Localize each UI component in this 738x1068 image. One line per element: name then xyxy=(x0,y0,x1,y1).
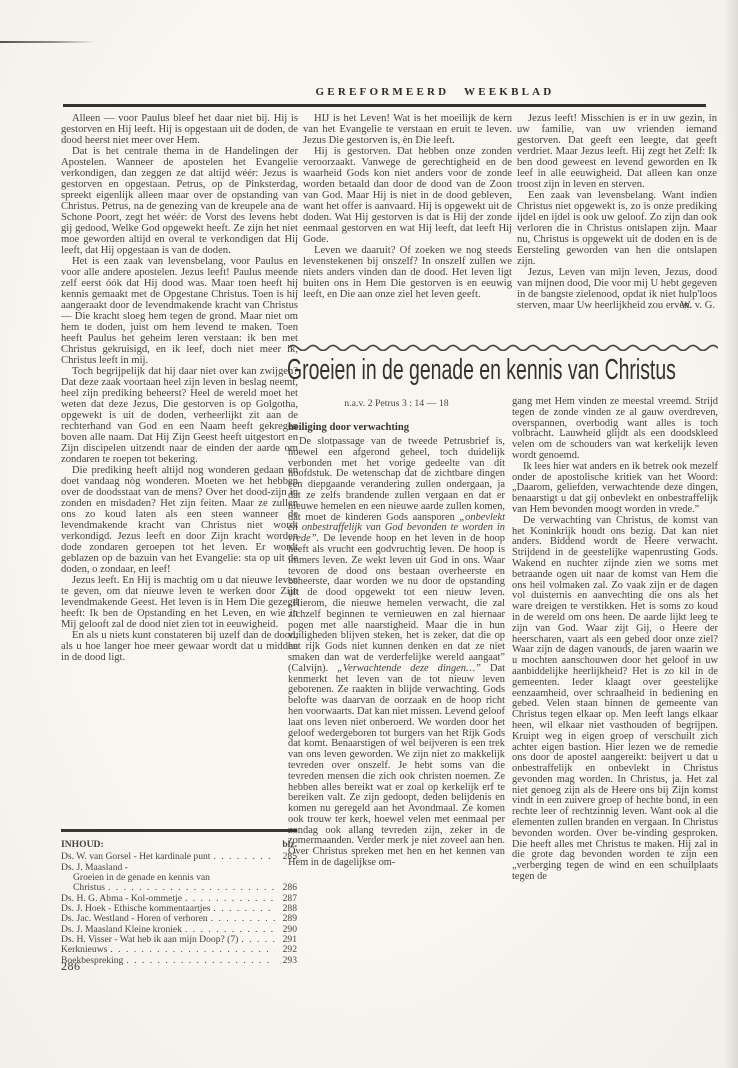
top-article-column-1: Alleen — voor Paulus bleef het daar niet… xyxy=(61,113,298,663)
toc-dots: . . . . . . . . . . . . . . . . . . . . … xyxy=(238,935,275,945)
toc-dots: . . . . . . . . . . . . . . . . . . . . … xyxy=(107,945,275,955)
paragraph: Leven we daaruit? Of zoeken we nog steed… xyxy=(303,245,512,300)
paragraph: Ik lees hier wat anders en ik betrek ook… xyxy=(512,462,718,516)
page-number: 286 xyxy=(61,959,81,974)
masthead-title: GEREFORMEERD WEEKBLAD xyxy=(135,86,735,98)
text-segment: De slotpassage van de tweede Petrusbrief… xyxy=(288,436,505,523)
paragraph: En als u niets kunt constateren bij uzel… xyxy=(61,630,298,663)
masthead-rule xyxy=(63,104,706,107)
paragraph: Het is een zaak van levensbelang, voor P… xyxy=(61,256,298,366)
text-segment: Dat kenmerkt het leven van de tot nieuw … xyxy=(288,663,505,868)
scan-edge-shadow xyxy=(724,0,738,1068)
quote-italic: „Verwachtende deze dingen…” xyxy=(337,663,481,674)
toc-item-page: 293 xyxy=(275,956,297,966)
toc-header: INHOUD: blz. xyxy=(61,840,297,850)
wavy-divider xyxy=(288,343,718,351)
paragraph: Een zaak van levensbelang. Want indien C… xyxy=(517,190,717,267)
toc-dots: . . . . . . . . . . . . . . . . . . . . … xyxy=(210,852,275,862)
paragraph: Jezus leeft. En Hij is machtig om u dat … xyxy=(61,575,298,630)
paragraph: Jezus leeft! Misschien is er in uw gezin… xyxy=(517,113,717,190)
toc-dots: . . . . . . . . . . . . . . . . . . . . … xyxy=(208,914,275,924)
paragraph: gang met Hem vinden ze meestal vreemd. S… xyxy=(512,397,718,462)
toc-row: Boekbespreking . . . . . . . . . . . . .… xyxy=(61,956,297,966)
text-segment: De levende hoop en het leven in de hoop … xyxy=(288,533,505,674)
paragraph: Alleen — voor Paulus bleef het daar niet… xyxy=(61,113,298,146)
article-column-right: gang met Hem vinden ze meestal vreemd. S… xyxy=(512,397,718,883)
article-title: Groeien in de genade en kennis van Chris… xyxy=(287,354,576,387)
article-reference: n.a.v. 2 Petrus 3 : 14 — 18 xyxy=(288,398,505,409)
paragraph: Hij is gestorven. Dat hebben onze zonden… xyxy=(303,146,512,245)
toc-rule xyxy=(61,829,297,832)
top-article-column-2: HIJ is het Leven! Wat is het moeilijk de… xyxy=(303,113,512,300)
paragraph: Die prediking heeft altijd nog wonderen … xyxy=(61,465,298,575)
paragraph: Dat is het centrale thema in de Handelin… xyxy=(61,146,298,256)
paragraph: Toch begrijpelijk dat hij daar niet over… xyxy=(61,366,298,465)
paragraph: De slotpassage van de tweede Petrusbrief… xyxy=(288,437,505,869)
toc-pages-header: blz. xyxy=(282,840,297,850)
scan-artifact-line xyxy=(0,41,96,43)
toc-label: INHOUD: xyxy=(61,840,104,850)
toc-dots: . . . . . . . . . . . . . . . . . . . . … xyxy=(210,904,275,914)
article-column-left: heiliging door verwachting De slotpassag… xyxy=(288,422,505,869)
magazine-page: GEREFORMEERD WEEKBLAD Alleen — voor Paul… xyxy=(0,0,738,1068)
section-heading: heiliging door verwachting xyxy=(288,422,505,433)
top-article-column-3: Jezus leeft! Misschien is er in uw gezin… xyxy=(517,113,717,311)
toc-dots: . . . . . . . . . . . . . . . . . . . . … xyxy=(123,956,275,966)
toc-section: INHOUD: blz. Ds. W. van Gorsel - Het kar… xyxy=(61,840,297,966)
toc-item-page: 285 xyxy=(275,852,297,862)
paragraph: HIJ is het Leven! Wat is het moeilijk de… xyxy=(303,113,512,146)
paragraph: De verwachting van Christus, de komst va… xyxy=(512,516,718,883)
